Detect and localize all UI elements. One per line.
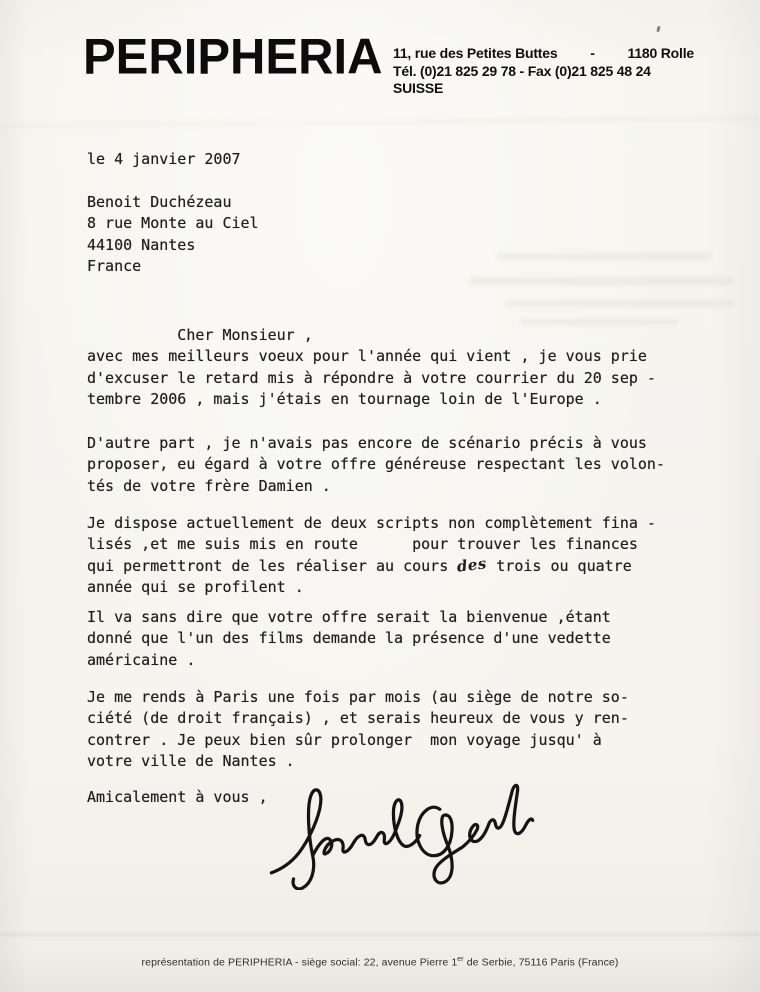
letterhead-separator: - (590, 45, 594, 63)
handwritten-correction: des (456, 553, 488, 578)
letter-line: d'excuser le retard mis à répondre à vot… (87, 368, 656, 389)
paragraph-5: Je me rends à Paris une fois par mois (a… (87, 687, 629, 773)
letterhead-city: 1180 Rolle (628, 45, 695, 63)
letter-line: américaine . (87, 650, 611, 671)
letter-line: D'autre part , je n'avais pas encore de … (87, 433, 665, 454)
footer-line: représentation de PERIPHERIA - siège soc… (0, 956, 760, 969)
letter-line: tembre 2006 , mais j'étais en tournage l… (87, 389, 656, 410)
scanned-letter-page: PERIPHERIA 11, rue des Petites Buttes - … (0, 0, 760, 992)
paragraph-1: Cher Monsieur , avec mes meilleurs voeux… (87, 325, 656, 411)
paragraph-3: Je dispose actuellement de deux scripts … (87, 513, 656, 599)
paragraph-4: Il va sans dire que votre offre serait l… (87, 607, 611, 671)
letter-line: lisés ,et me suis mis en route pour trou… (87, 534, 656, 555)
signature-stroke (271, 785, 532, 889)
recipient-city: 44100 Nantes (87, 235, 259, 256)
letterhead-country: SUISSE (393, 80, 694, 98)
dust-speck (656, 26, 660, 33)
closing-text: Amicalement à vous , (87, 787, 268, 808)
date-line: le 4 janvier 2007 (87, 149, 241, 170)
ink-bleed-ghost (470, 277, 733, 285)
company-logo: PERIPHERIA (83, 33, 383, 83)
letter-line: contrer . Je peux bien sûr prolonger mon… (87, 730, 629, 751)
paper-crease-top (0, 116, 760, 128)
signature-jean-luc-godard (268, 777, 536, 890)
ink-bleed-ghost (497, 253, 712, 260)
paper-crease-bottom (0, 933, 760, 936)
footer-text-suffix: de Serbie, 75116 Paris (France) (464, 957, 619, 969)
recipient-name: Benoit Duchézeau (87, 192, 259, 213)
letter-line: Cher Monsieur , (87, 325, 656, 346)
recipient-street: 8 rue Monte au Ciel (87, 213, 259, 234)
letter-line: Je me rends à Paris une fois par mois (a… (87, 687, 629, 708)
closing-line: Amicalement à vous , (87, 787, 268, 808)
footer-text-prefix: représentation de PERIPHERIA - siège soc… (142, 957, 458, 969)
paragraph-2: D'autre part , je n'avais pas encore de … (87, 433, 665, 497)
letter-line: proposer, eu égard à votre offre généreu… (87, 454, 665, 475)
date-text: le 4 janvier 2007 (87, 149, 241, 170)
ink-bleed-ghost (505, 300, 733, 307)
letter-line: année qui se profilent . (87, 577, 656, 598)
letterhead-address-block: 11, rue des Petites Buttes - 1180 Rolle … (393, 45, 694, 98)
recipient-country: France (87, 256, 259, 277)
letter-line: ciété (de droit français) , et serais he… (87, 708, 629, 729)
letter-line: votre ville de Nantes . (87, 751, 629, 772)
letter-line-segment: trois ou quatre (487, 557, 632, 575)
recipient-address: Benoit Duchézeau 8 rue Monte au Ciel 441… (87, 192, 259, 278)
letterhead-street: 11, rue des Petites Buttes (393, 45, 557, 63)
letter-line: avec mes meilleurs voeux pour l'année qu… (87, 346, 656, 367)
letterhead-street-line: 11, rue des Petites Buttes - 1180 Rolle (393, 45, 694, 63)
letter-line-with-handwriting: qui permettront de les réaliser au cours… (87, 556, 656, 577)
letter-line: donné que l'un des films demande la prés… (87, 628, 611, 649)
letter-line-segment: qui permettront de les réaliser au cours (87, 557, 457, 575)
letterhead-phone-fax: Tél. (0)21 825 29 78 - Fax (0)21 825 48 … (393, 63, 694, 81)
letter-line: Il va sans dire que votre offre serait l… (87, 607, 611, 628)
letter-line: Je dispose actuellement de deux scripts … (87, 513, 656, 534)
letter-line: tés de votre frère Damien . (87, 476, 665, 497)
